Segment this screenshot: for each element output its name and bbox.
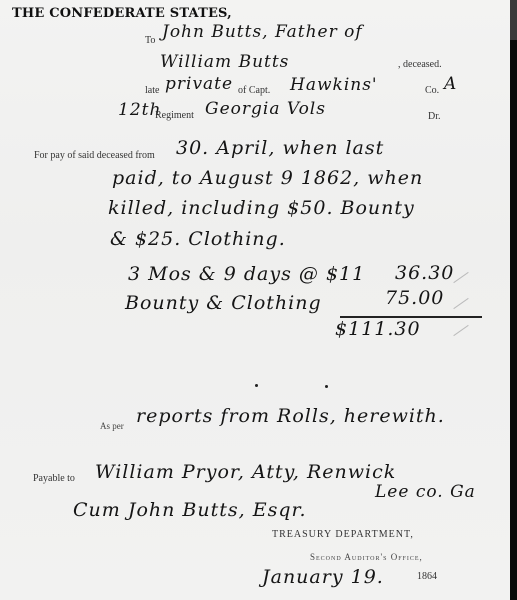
captain-field: Hawkins' — [290, 75, 378, 95]
document-page: THE CONFEDERATE STATES, To John Butts, F… — [0, 0, 510, 600]
rank-field: private — [165, 74, 233, 94]
payable-line-3: Cum John Butts, Esqr. — [73, 499, 307, 521]
pay-line-1: 30. April, when last — [176, 137, 384, 159]
deceased-label: , deceased. — [398, 59, 442, 70]
pay-line-4: & $25. Clothing. — [110, 228, 286, 250]
payable-line-1: William Pryor, Atty, Renwick — [95, 461, 396, 483]
check-mark — [453, 272, 468, 283]
calc-line-1-amount: 36.30 — [395, 262, 454, 284]
scan-border — [510, 0, 517, 600]
pay-line-2: paid, to August 9 1862, when — [112, 167, 423, 189]
regiment-field: Georgia Vols — [205, 99, 326, 119]
treasury-department: TREASURY DEPARTMENT, — [272, 529, 414, 540]
late-label: late — [145, 85, 159, 96]
as-per-text: reports from Rolls, herewith. — [136, 405, 445, 427]
check-mark — [453, 298, 468, 309]
calc-line-2-desc: Bounty & Clothing — [125, 292, 322, 314]
to-label: To — [145, 35, 155, 46]
company-field: A — [444, 74, 457, 94]
co-label: Co. — [425, 85, 439, 96]
calc-line-2-amount: 75.00 — [385, 287, 444, 309]
date-field: January 19. — [262, 566, 384, 588]
scan-border-top — [510, 0, 517, 40]
regiment-label: Regiment — [155, 110, 194, 121]
pay-label: For pay of said deceased from — [34, 150, 155, 161]
second-auditor-office: Second Auditor's Office, — [310, 552, 423, 562]
dr-label: Dr. — [428, 111, 441, 122]
calc-line-1-desc: 3 Mos & 9 days @ $11 — [128, 263, 365, 285]
of-capt-label: of Capt. — [238, 85, 270, 96]
fold-mark — [255, 384, 258, 387]
claimant-name: John Butts, Father of — [162, 22, 363, 42]
year-field: 1864 — [417, 571, 437, 582]
payable-label: Payable to — [33, 473, 75, 484]
calc-total: $111.30 — [335, 318, 421, 340]
deceased-name: William Butts — [160, 52, 289, 72]
pay-line-3: killed, including $50. Bounty — [108, 197, 415, 219]
fold-mark — [325, 385, 328, 388]
payable-line-2: Lee co. Ga — [375, 482, 476, 502]
check-mark — [453, 325, 468, 336]
document-header: THE CONFEDERATE STATES, — [12, 6, 232, 21]
as-per-label: As per — [100, 421, 124, 431]
